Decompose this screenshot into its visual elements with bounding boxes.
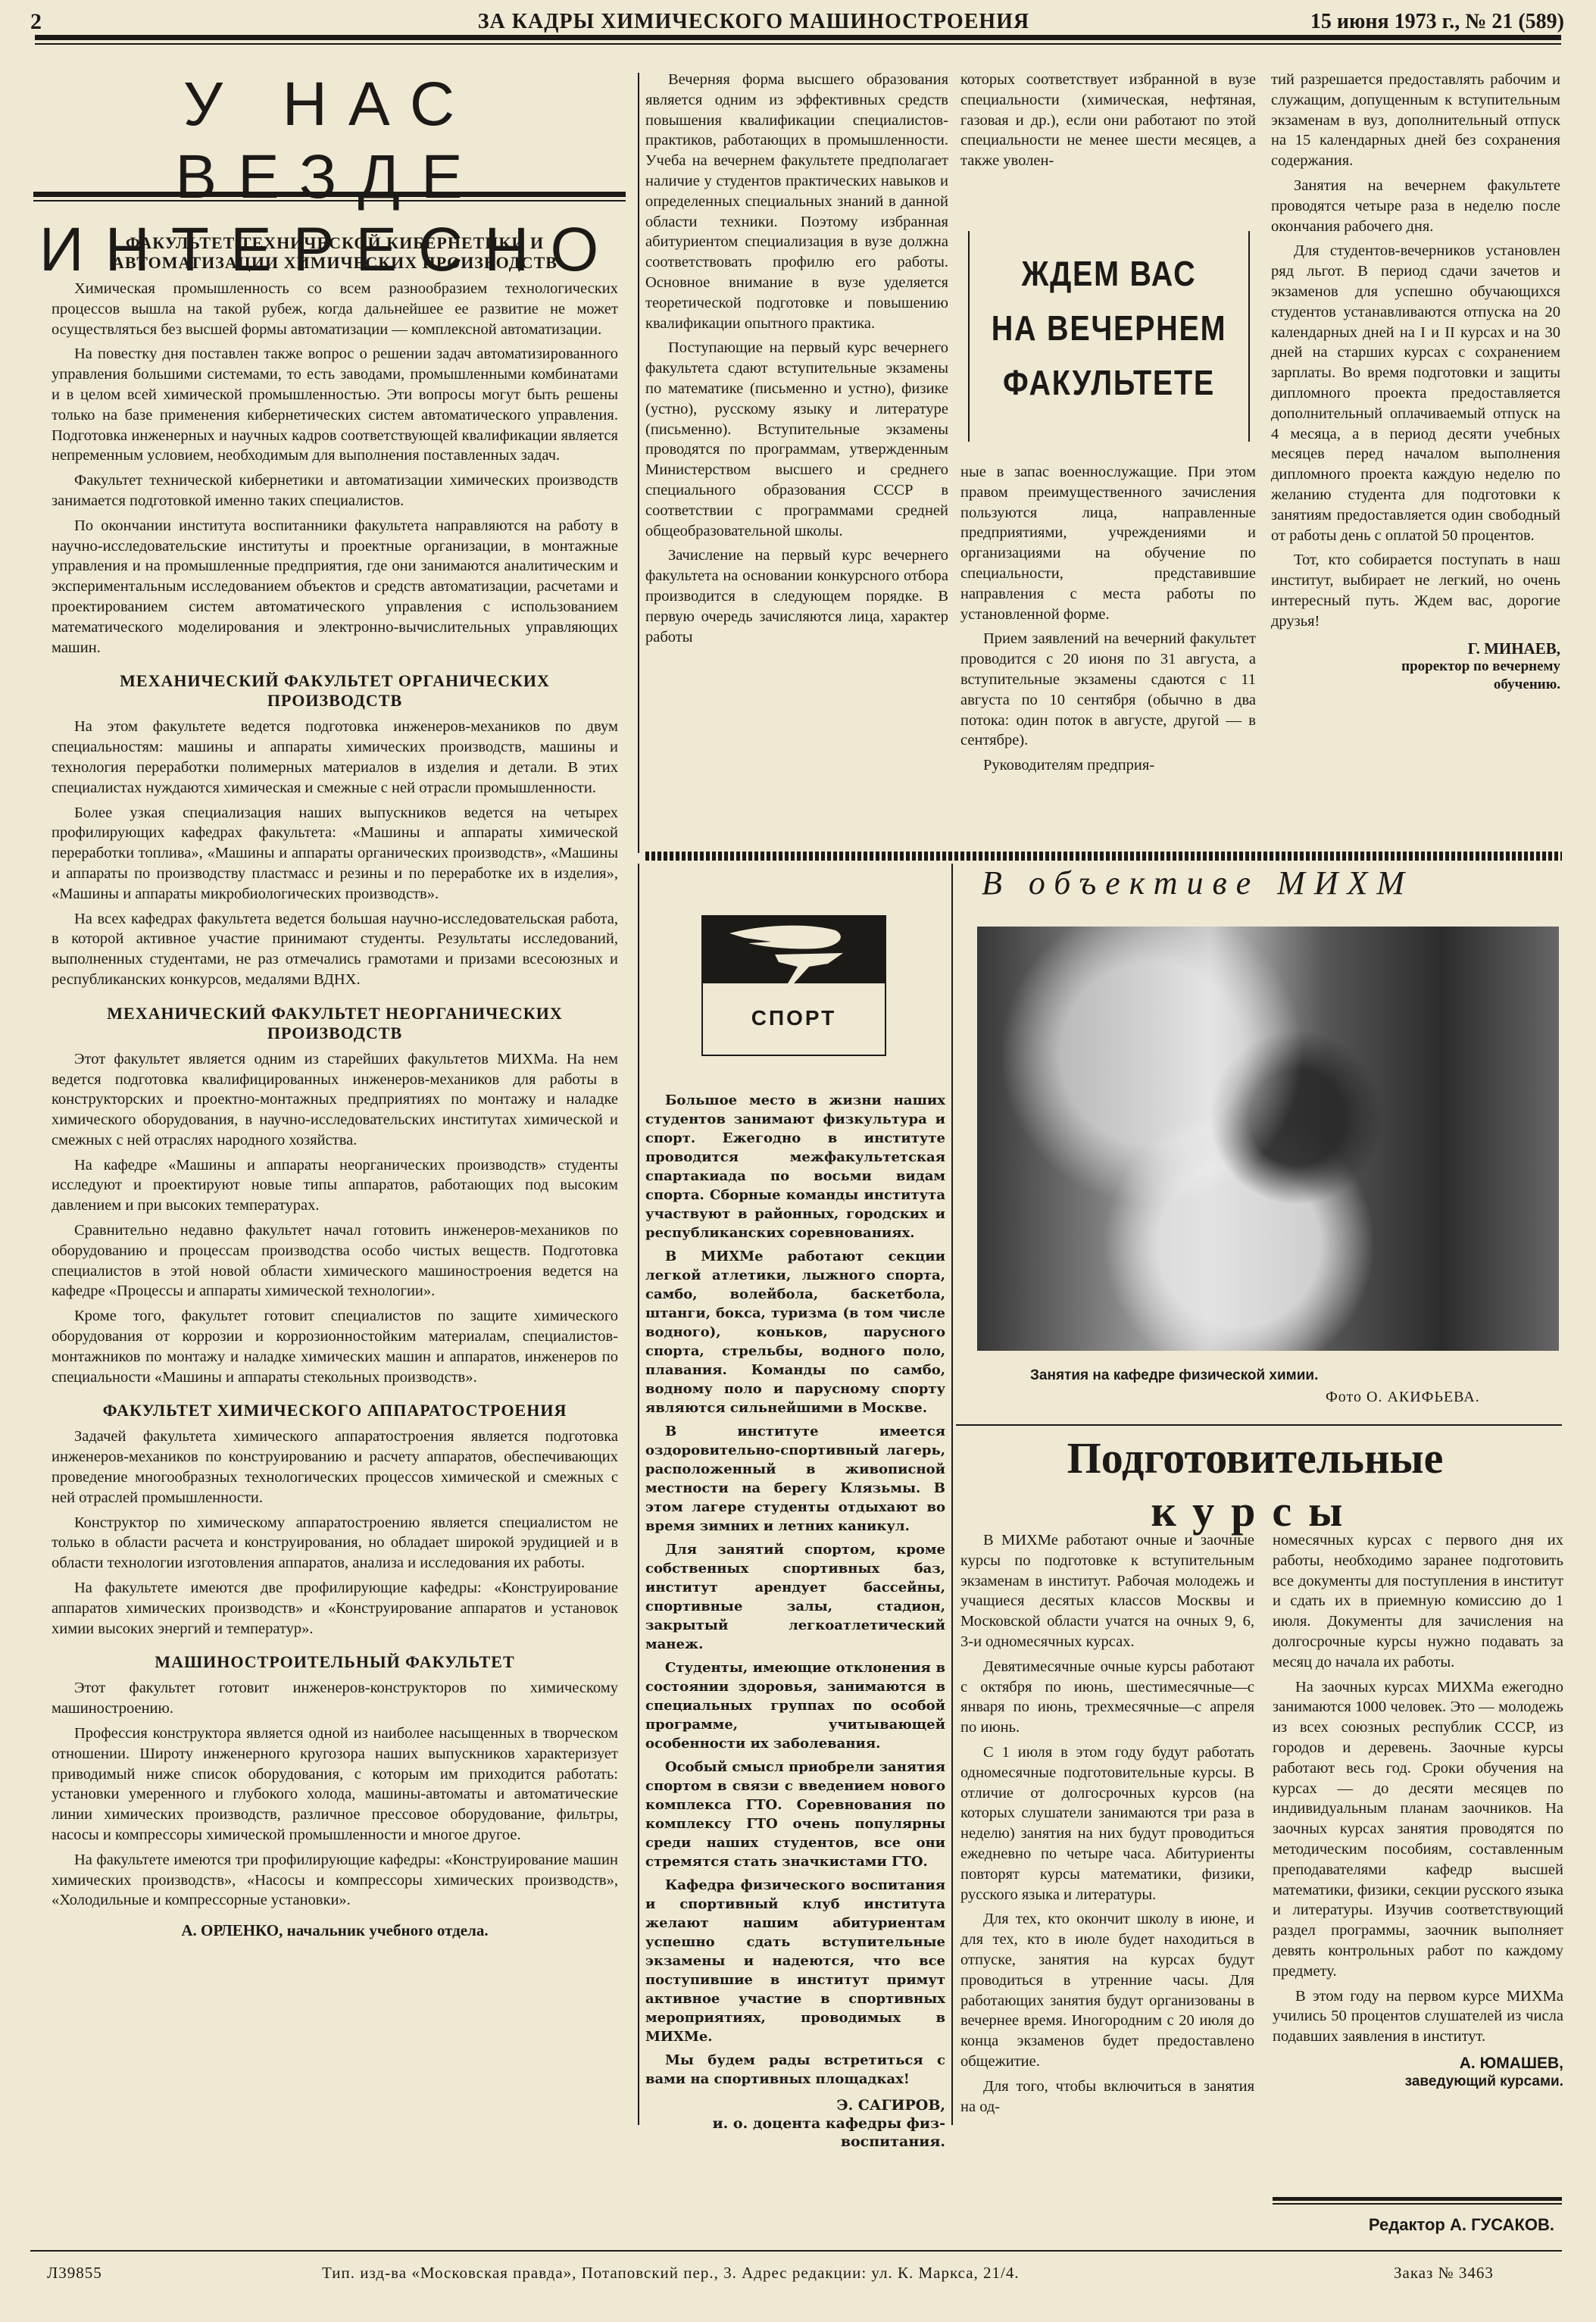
column-divider [638,864,639,2125]
courses-column-2: номесячных курсах с первого дня их работ… [1273,1530,1563,2091]
paragraph: В институте имеется оздоровительно-спорт… [645,1422,945,1536]
section-heading: ФАКУЛЬТЕТ ХИМИЧЕСКОГО АППАРАТОСТРОЕНИЯ [52,1401,618,1420]
courses-headline: Подготовительные курсы [956,1432,1554,1538]
paragraph: По окончании института воспитанники факу… [52,516,618,658]
callout-text: ЖДЕМ ВАС НА ВЕЧЕРНЕМ ФАКУЛЬТЕТЕ [989,246,1229,410]
signature: А. ОРЛЕНКО, начальник учебного отдела. [52,1921,618,1939]
paragraph: Факультет технической кибернетики и авто… [52,470,618,511]
paragraph: В МИХМе работают очные и заочные курсы п… [960,1530,1254,1652]
column-divider [951,864,953,2125]
paragraph: Химическая промышленность со всем разноо… [52,279,618,339]
paragraph: Особый смысл приобрели занятия спортом в… [645,1758,945,1871]
paragraph: номесячных курсах с первого дня их работ… [1273,1530,1563,1673]
paragraph: Прием заявлений на вечерний факультет пр… [960,629,1256,751]
paragraph: В МИХМе работают секции легкой атлетики,… [645,1247,945,1417]
signature-name: Э. САГИРОВ, [645,2096,945,2114]
signature: Г. МИНАЕВ, проректор по вечернему обучен… [1271,639,1560,694]
section-heading: МЕХАНИЧЕСКИЙ ФАКУЛЬТЕТ НЕОРГАНИЧЕСКИХ ПР… [52,1004,618,1043]
callout-line-3: ФАКУЛЬТЕТЕ [989,355,1229,410]
paragraph: Конструктор по химическому аппаратострое… [52,1513,618,1574]
signature-title: начальник учебного отдела. [287,1921,489,1939]
footer-order: Заказ № 3463 [1394,2264,1494,2283]
section-heading: МАШИНОСТРОИТЕЛЬНЫЙ ФАКУЛЬТЕТ [52,1652,618,1672]
paragraph: Зачисление на первый курс вечернего факу… [645,545,948,647]
editor-rule [1273,2197,1562,2205]
paragraph: Этот факультет является одним из старейш… [52,1049,618,1151]
paragraph: Мы будем рады встретиться с вами на спор… [645,2051,945,2089]
footer-code: Л39855 [47,2264,102,2283]
paragraph: На факультете имеются две профилирующие … [52,1578,618,1639]
photo-caption: Занятия на кафедре физической химии. [1030,1367,1318,1384]
paragraph: Студенты, имеющие отклонения в состоянии… [645,1658,945,1753]
paragraph: На повестку дня поставлен также вопрос о… [52,344,618,466]
section-heading: МЕХАНИЧЕСКИЙ ФАКУЛЬТЕТ ОРГАНИЧЕСКИХ ПРОИ… [52,671,618,711]
signature-title: заведующий курсами. [1273,2073,1563,2091]
headline-rule [33,192,626,202]
paragraph: Профессия конструктора является одной из… [52,1724,618,1845]
editor-credit: Редактор А. ГУСАКОВ. [1273,2215,1554,2235]
paragraph: Кроме того, факультет готовит специалист… [52,1306,618,1387]
newspaper-title: ЗА КАДРЫ ХИМИЧЕСКОГО МАШИНОСТРОЕНИЯ [76,10,1310,34]
signature-name: А. ОРЛЕНКО, [181,1921,283,1939]
paragraph: тий разрешается предоставлять рабочим и … [1271,70,1560,171]
signature-title: и. о. доцента кафедры физ- [645,2114,945,2133]
faculties-article: ФАКУЛЬТЕТ ТЕХНИЧЕСКОЙ КИБЕРНЕТИКИ И АВТО… [52,220,618,1939]
callout-line-2: НА ВЕЧЕРНЕМ [989,301,1229,355]
paragraph: Для тех, кто окончит школу в июне, и для… [960,1909,1254,2071]
paragraph: Тот, кто собирается поступать в наш инст… [1271,550,1560,631]
paragraph: Девятимесячные очные курсы работают с ок… [960,1657,1254,1738]
paragraph: ные в запас военнослужащие. При этом пра… [960,462,1256,624]
paragraph: Сравнительно недавно факультет начал гот… [52,1220,618,1302]
courses-headline-line-1: Подготовительные [956,1432,1554,1485]
signature-title: воспитания. [645,2133,945,2151]
sport-article: Большое место в жизни наших студентов за… [645,1091,945,2151]
section-divider [956,1424,1562,1426]
paragraph: Большое место в жизни наших студентов за… [645,1091,945,1242]
paragraph: На факультете имеются три профилирующие … [52,1850,618,1911]
sport-logo: СПОРТ [701,915,886,1056]
column-divider [638,73,639,853]
callout-line-1: ЖДЕМ ВАС [989,246,1229,301]
section-heading: ФАКУЛЬТЕТ ТЕХНИЧЕСКОЙ КИБЕРНЕТИКИ И АВТО… [52,233,618,273]
paragraph: На этом факультете ведется подготовка ин… [52,717,618,798]
paragraph: Поступающие на первый курс вечернего фак… [645,338,948,541]
evening-column-1: Вечерняя форма высшего образования являе… [645,70,948,652]
photo-credit: Фото О. АКИФЬЕВА. [1326,1389,1480,1406]
paragraph: которых соответствует избранной в вузе с… [960,70,1256,171]
sport-logo-label: СПОРТ [703,983,885,1030]
paragraph: На кафедре «Машины и аппараты неорганиче… [52,1155,618,1216]
paragraph: На всех кафедрах факультета ведется боль… [52,909,618,990]
paragraph: Для того, чтобы включиться в занятия на … [960,2077,1254,2117]
signature: Э. САГИРОВ, и. о. доцента кафедры физ- в… [645,2096,945,2151]
section-divider [645,852,1562,861]
paragraph: Руководителям предприя- [960,755,1256,776]
photo-section-heading: В объективе МИХМ [982,864,1557,902]
callout-box: ЖДЕМ ВАС НА ВЕЧЕРНЕМ ФАКУЛЬТЕТЕ [968,231,1250,442]
paragraph: Кафедра физического воспитания и спортив… [645,1876,945,2046]
evening-column-2-bottom: ные в запас военнослужащие. При этом пра… [960,462,1256,780]
paragraph: Вечерняя форма высшего образования являе… [645,70,948,333]
paragraph: В этом году на первом курсе МИХМа училис… [1273,1986,1563,2047]
signature-title: обучению. [1271,676,1560,694]
paragraph: Задачей факультета химического аппаратос… [52,1427,618,1508]
torch-icon [703,917,885,983]
footer-printer: Тип. изд-ва «Московская правда», Потапов… [322,2264,1020,2283]
paragraph: Для студентов-вечерников установлен ряд … [1271,241,1560,545]
paragraph: На заочных курсах МИХМа ежегодно занимаю… [1273,1677,1563,1982]
paragraph: Занятия на вечернем факультете проводятс… [1271,176,1560,236]
courses-column-1: В МИХМе работают очные и заочные курсы п… [960,1530,1254,2121]
signature: А. ЮМАШЕВ, заведующий курсами. [1273,2055,1563,2091]
lab-photo [977,927,1559,1351]
masthead-rule [35,35,1561,45]
footer-rule [30,2250,1562,2252]
signature-name: Г. МИНАЕВ, [1271,639,1560,658]
issue-date: 15 июня 1973 г., № 21 (589) [1310,10,1564,34]
paragraph: Для занятий спортом, кроме собственных с… [645,1540,945,1654]
page-number: 2 [30,9,76,35]
paragraph: Этот факультет готовит инженеров-констру… [52,1678,618,1719]
paragraph: Более узкая специализация наших выпускни… [52,803,618,905]
evening-column-3: тий разрешается предоставлять рабочим и … [1271,70,1560,694]
evening-column-2-top: которых соответствует избранной в вузе с… [960,70,1256,176]
paragraph: С 1 июля в этом году будут работать одно… [960,1742,1254,1905]
signature-title: проректор по вечернему [1271,658,1560,676]
signature-name: А. ЮМАШЕВ, [1273,2055,1563,2073]
